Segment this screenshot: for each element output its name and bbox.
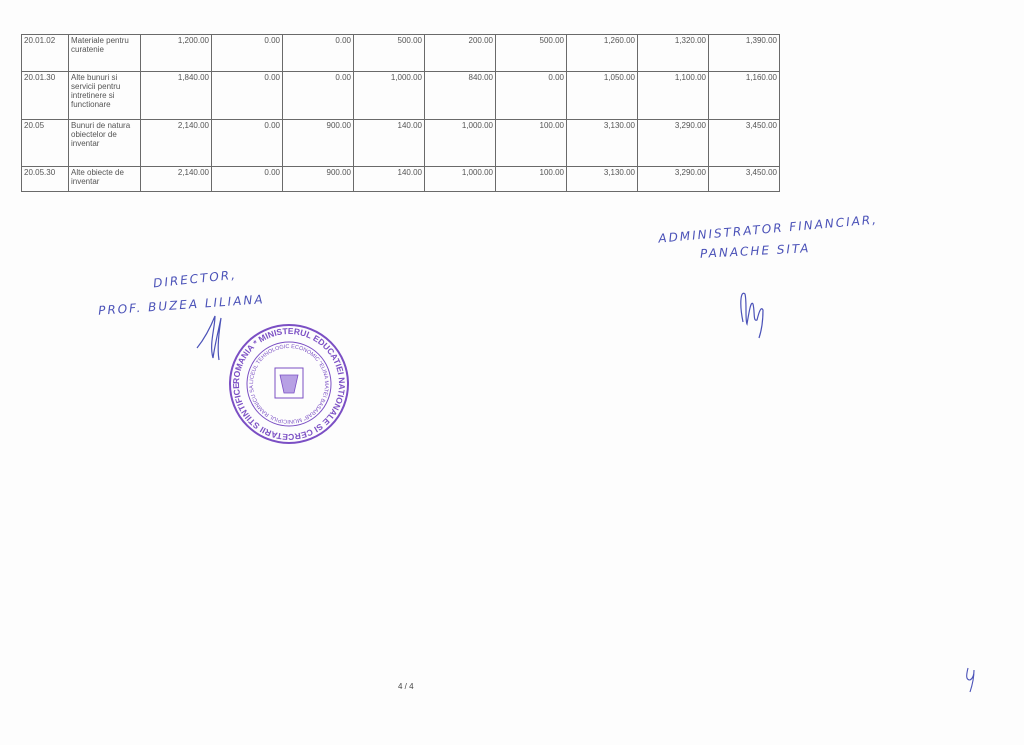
- table-row: 20.05Bunuri de natura obiectelor de inve…: [22, 120, 780, 167]
- table-row: 20.05.30Alte obiecte de inventar2,140.00…: [22, 167, 780, 192]
- amount-cell: 500.00: [496, 35, 567, 72]
- description-cell: Alte bunuri si servicii pentru intretine…: [69, 72, 141, 120]
- amount-cell: 900.00: [283, 167, 354, 192]
- director-name: PROF. BUZEA LILIANA: [98, 292, 265, 318]
- amount-cell: 3,130.00: [567, 120, 638, 167]
- amount-cell: 1,000.00: [425, 120, 496, 167]
- amount-cell: 0.00: [212, 72, 283, 120]
- amount-cell: 1,200.00: [141, 35, 212, 72]
- amount-cell: 0.00: [496, 72, 567, 120]
- amount-cell: 900.00: [283, 120, 354, 167]
- administrator-signature: [735, 282, 775, 342]
- amount-cell: 1,160.00: [709, 72, 780, 120]
- budget-code-cell: 20.01.02: [22, 35, 69, 72]
- budget-code-cell: 20.05: [22, 120, 69, 167]
- amount-cell: 1,000.00: [425, 167, 496, 192]
- amount-cell: 1,320.00: [638, 35, 709, 72]
- table-row: 20.01.02Materiale pentru curatenie1,200.…: [22, 35, 780, 72]
- description-cell: Materiale pentru curatenie: [69, 35, 141, 72]
- description-cell: Bunuri de natura obiectelor de inventar: [69, 120, 141, 167]
- amount-cell: 0.00: [283, 72, 354, 120]
- amount-cell: 1,390.00: [709, 35, 780, 72]
- description-cell: Alte obiecte de inventar: [69, 167, 141, 192]
- amount-cell: 3,290.00: [638, 167, 709, 192]
- budget-code-cell: 20.05.30: [22, 167, 69, 192]
- amount-cell: 0.00: [212, 35, 283, 72]
- amount-cell: 1,000.00: [354, 72, 425, 120]
- budget-code-cell: 20.01.30: [22, 72, 69, 120]
- administrator-name: PANACHE SITA: [700, 241, 811, 261]
- amount-cell: 3,450.00: [709, 167, 780, 192]
- amount-cell: 500.00: [354, 35, 425, 72]
- amount-cell: 1,100.00: [638, 72, 709, 120]
- amount-cell: 140.00: [354, 120, 425, 167]
- amount-cell: 1,050.00: [567, 72, 638, 120]
- official-stamp: ROMANIA * MINISTERUL EDUCATIEI NATIONALE…: [228, 323, 350, 445]
- page-number: 4 / 4: [398, 682, 414, 691]
- amount-cell: 0.00: [212, 120, 283, 167]
- budget-table: 20.01.02Materiale pentru curatenie1,200.…: [21, 34, 780, 192]
- amount-cell: 1,260.00: [567, 35, 638, 72]
- amount-cell: 840.00: [425, 72, 496, 120]
- amount-cell: 200.00: [425, 35, 496, 72]
- amount-cell: 100.00: [496, 120, 567, 167]
- document-page: 20.01.02Materiale pentru curatenie1,200.…: [0, 0, 1024, 745]
- amount-cell: 100.00: [496, 167, 567, 192]
- initials-mark: [962, 664, 982, 694]
- amount-cell: 3,290.00: [638, 120, 709, 167]
- amount-cell: 3,450.00: [709, 120, 780, 167]
- amount-cell: 1,840.00: [141, 72, 212, 120]
- amount-cell: 2,140.00: [141, 120, 212, 167]
- amount-cell: 3,130.00: [567, 167, 638, 192]
- director-title: DIRECTOR,: [152, 268, 237, 291]
- amount-cell: 140.00: [354, 167, 425, 192]
- amount-cell: 2,140.00: [141, 167, 212, 192]
- amount-cell: 0.00: [283, 35, 354, 72]
- administrator-title: ADMINISTRATOR FINANCIAR,: [658, 212, 879, 245]
- amount-cell: 0.00: [212, 167, 283, 192]
- table-row: 20.01.30Alte bunuri si servicii pentru i…: [22, 72, 780, 120]
